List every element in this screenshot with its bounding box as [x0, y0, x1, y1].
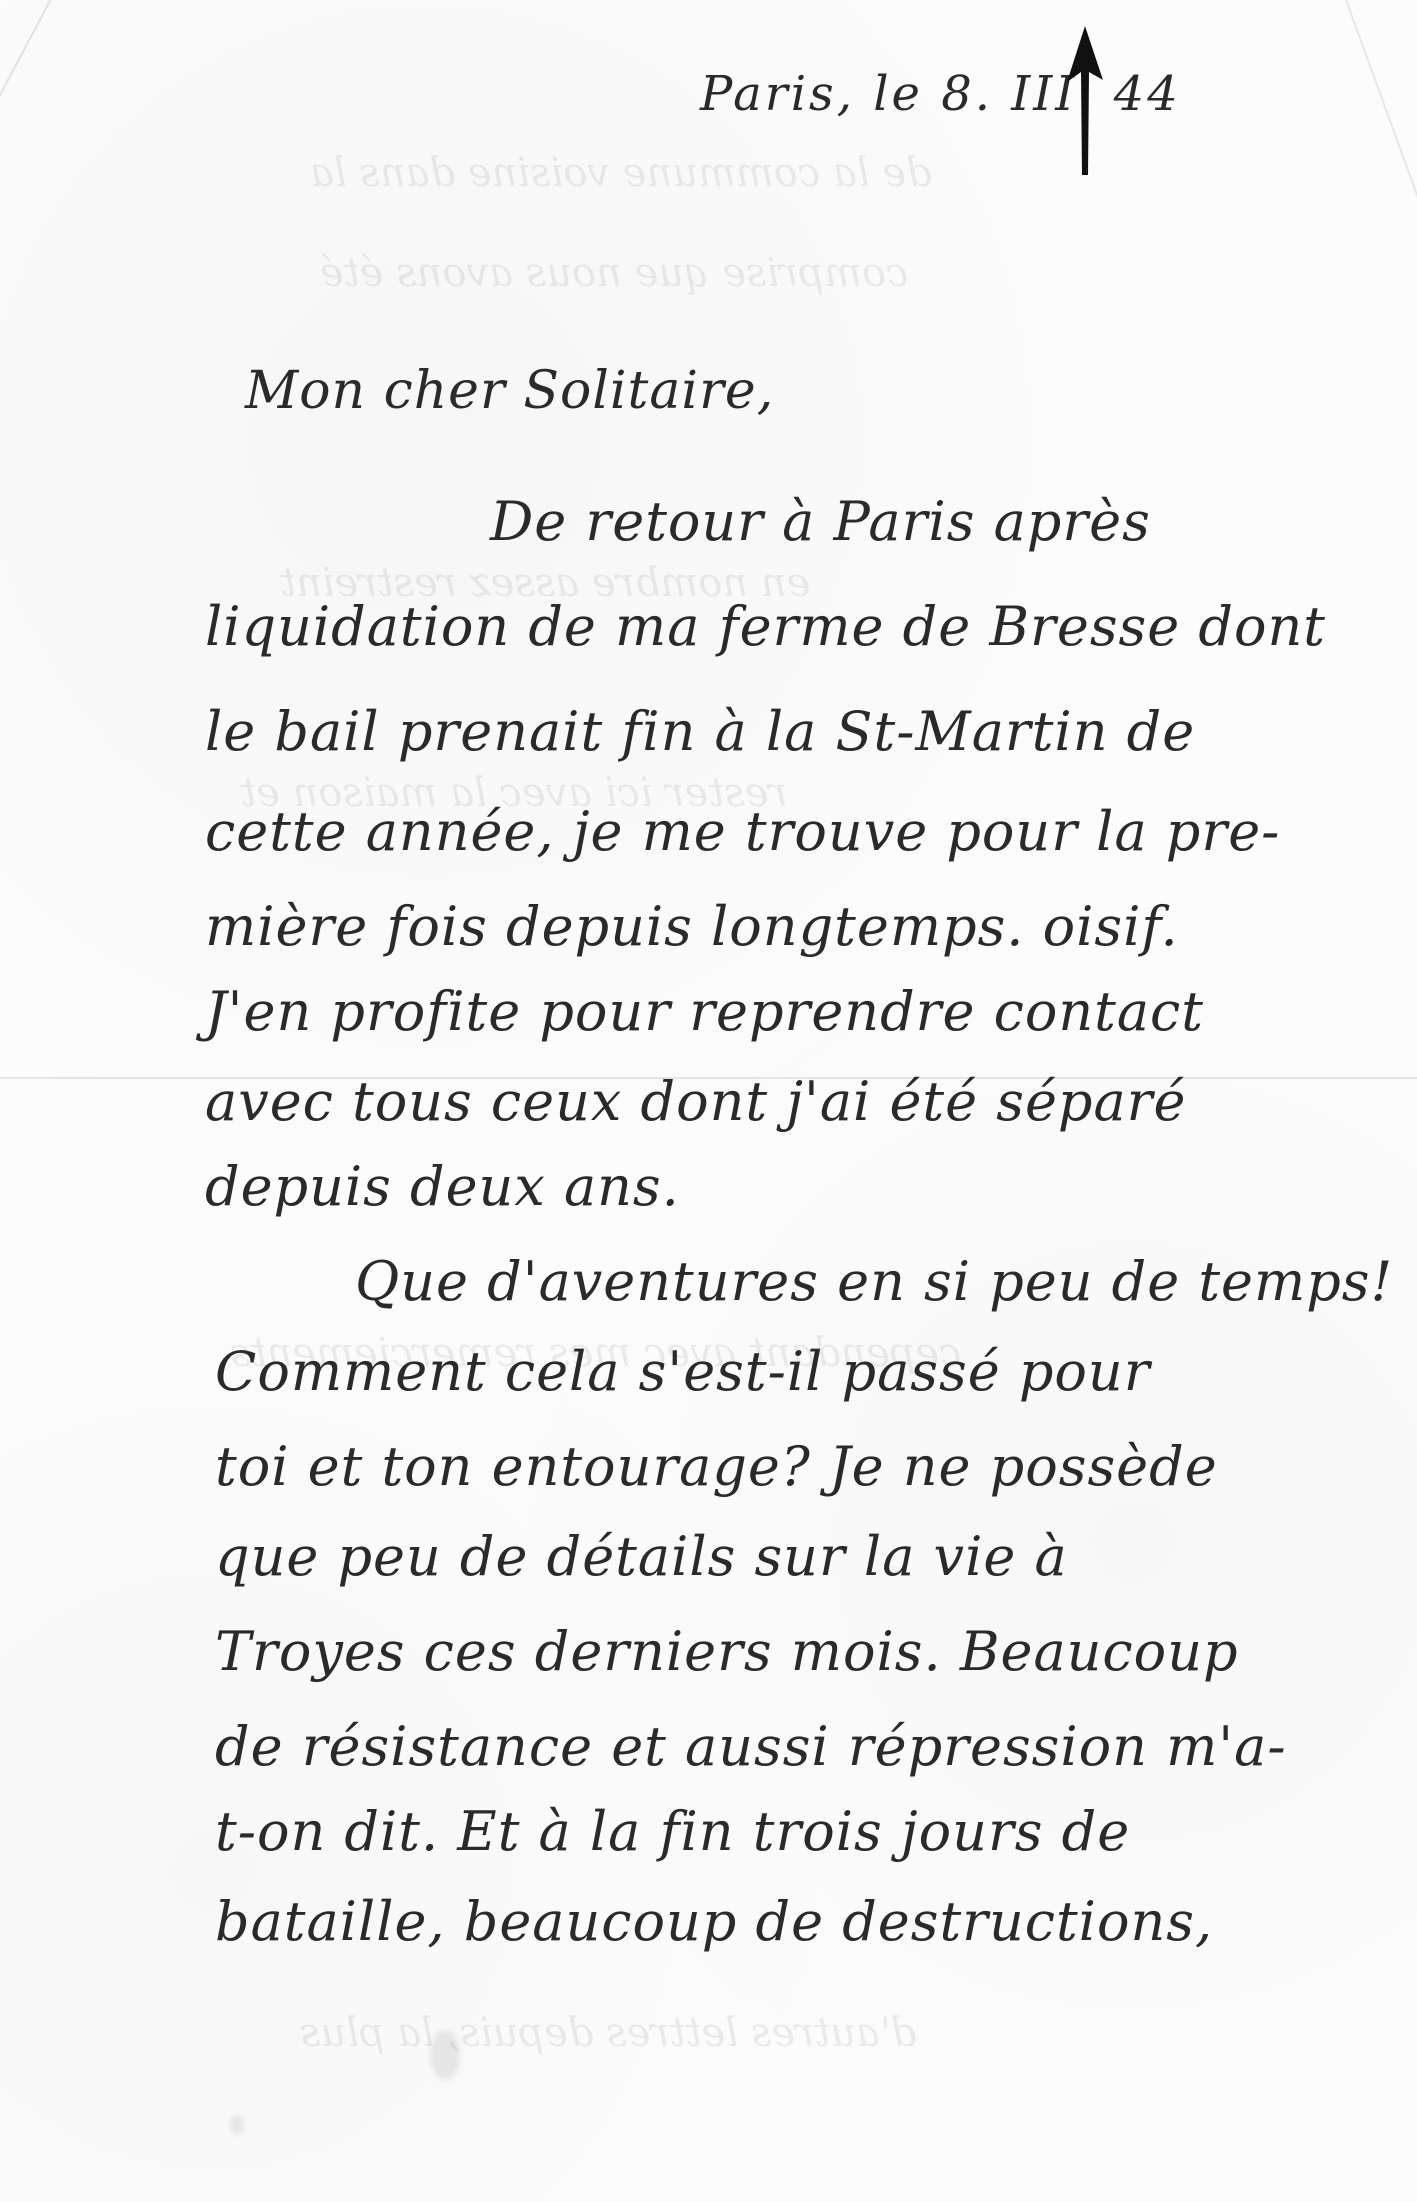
letter-line: J'en profite pour reprendre contact — [205, 985, 1204, 1039]
paper-stain — [230, 2115, 244, 2135]
letter-line: depuis deux ans. — [205, 1160, 680, 1214]
letter-line: Que d'aventures en si peu de temps! — [355, 1255, 1393, 1309]
letter-line: que peu de détails sur la vie à — [215, 1530, 1068, 1584]
corner-crease — [0, 0, 62, 237]
corner-crease — [1345, 0, 1417, 226]
letter-line: bataille, beaucoup de destructions, — [215, 1895, 1213, 1949]
letter-line: liquidation de ma ferme de Bresse dont — [205, 600, 1326, 654]
letter-line: cette année, je me trouve pour la pre- — [205, 805, 1280, 859]
arrow-up-icon — [1055, 20, 1115, 180]
letter-page: de la commune voisine dans la comprise q… — [0, 0, 1417, 2202]
salutation: Mon cher Solitaire, — [245, 365, 774, 417]
letter-line: Troyes ces derniers mois. Beaucoup — [215, 1625, 1239, 1679]
paper-stain — [430, 2030, 460, 2080]
letter-line: t-on dit. Et à la fin trois jours de — [215, 1805, 1130, 1859]
letter-line: le bail prenait fin à la St-Martin de — [205, 705, 1195, 759]
letter-line: Comment cela s'est-il passé pour — [215, 1345, 1151, 1399]
letter-line: avec tous ceux dont j'ai été séparé — [205, 1075, 1186, 1129]
letter-line: de résistance et aussi répression m'a- — [215, 1720, 1287, 1774]
letter-line: toi et ton entourage? Je ne possède — [215, 1440, 1218, 1494]
letter-line: De retour à Paris après — [490, 495, 1151, 549]
letter-line: mière fois depuis longtemps. oisif. — [205, 900, 1179, 954]
